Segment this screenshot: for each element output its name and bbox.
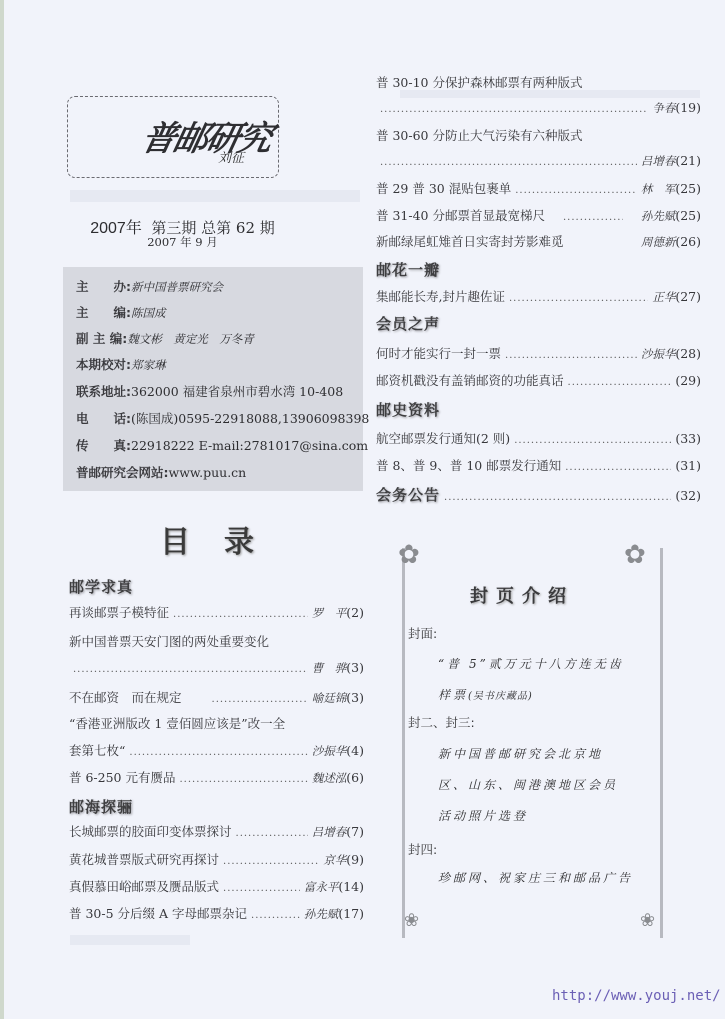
masthead-title: 普邮研究 bbox=[138, 111, 276, 160]
toc-entry[interactable]: 邮资机戳没有盖销邮资的功能真话(29) bbox=[376, 371, 701, 389]
section-heading: 邮学求真 bbox=[69, 576, 133, 597]
toc-entry-continuation[interactable]: 吕增春(21) bbox=[376, 153, 701, 169]
toc-entry[interactable]: 普 30-5 分后缀 A 字母邮票杂记孙先赋(17) bbox=[69, 904, 364, 922]
toc-entry-continuation[interactable]: 曹 骅(3) bbox=[69, 660, 364, 676]
leader-dots bbox=[515, 185, 637, 196]
info-row-proofreader: 本期校对:郑家琳 bbox=[76, 355, 166, 373]
flower-ornament-icon: ✿ bbox=[398, 540, 420, 570]
flower-ornament-icon: ✿ bbox=[624, 540, 646, 570]
toc-title: 目录 bbox=[160, 517, 288, 561]
cover-front-text: “普 5”贰万元十八方连无齿 bbox=[438, 655, 624, 672]
toc-entry[interactable]: 真假慕田峪邮票及赝品版式富永平(14) bbox=[69, 877, 364, 895]
toc-entry[interactable]: 航空邮票发行通知(2 则)(33) bbox=[376, 429, 701, 447]
toc-entry[interactable]: 再谈邮票子模特征罗 平(2) bbox=[69, 603, 364, 621]
bleed-through bbox=[70, 190, 360, 202]
watermark-url[interactable]: http://www.youj.net/ bbox=[552, 988, 721, 1004]
toc-entry-announcements[interactable]: 会务公告(32) bbox=[376, 484, 701, 505]
leader-dots bbox=[568, 377, 672, 388]
leader-dots bbox=[129, 747, 307, 758]
leader-dots bbox=[179, 774, 307, 785]
leader-dots bbox=[380, 104, 648, 115]
leader-dots bbox=[236, 828, 308, 839]
toc-entry[interactable]: 黄花城普票版式研究再探讨京华(9) bbox=[69, 850, 364, 868]
toc-entry-title-line[interactable]: 新中国普票天安门图的两处重要变化 bbox=[69, 632, 364, 650]
leader-dots bbox=[73, 664, 308, 675]
leader-dots bbox=[444, 492, 671, 503]
toc-entry[interactable]: 普 31-40 分邮票首显最宽梯尺孙先赋(25) bbox=[376, 206, 701, 224]
toc-entry[interactable]: 集邮能长寿,封片趣佐证正华(27) bbox=[376, 287, 701, 305]
leader-dots bbox=[223, 856, 319, 867]
toc-entry-title-line[interactable]: 普 30-60 分防止大气污染有六种版式 bbox=[376, 126, 701, 144]
toc-entry-continuation[interactable]: 争春(19) bbox=[376, 100, 701, 116]
toc-entry-title-line[interactable]: 普 30-10 分保护森林邮票有两种版式 bbox=[376, 73, 701, 91]
toc-entry-continuation[interactable]: 套第七枚“沙振华(4) bbox=[69, 741, 364, 759]
issue-date: 2007 年 9 月 bbox=[0, 234, 365, 250]
bleed-through bbox=[70, 935, 190, 945]
info-row-phone: 电 话:(陈国成)0595-22918088,13906098398 bbox=[76, 409, 369, 427]
leader-dots bbox=[212, 694, 308, 705]
toc-entry-title-line[interactable]: “香港亚洲版改 1 壹佰圆应该是”改一全 bbox=[69, 714, 364, 732]
info-row-sponsor: 主 办:新中国普票研究会 bbox=[76, 277, 223, 295]
flower-ornament-icon: ❀ bbox=[640, 910, 655, 931]
cover-intro-title: 封页介绍 bbox=[470, 582, 574, 608]
flower-ornament-icon: ❀ bbox=[404, 910, 419, 931]
cover-inner-text-3: 活动照片选登 bbox=[438, 807, 528, 824]
page-edge bbox=[0, 0, 4, 1019]
leader-dots bbox=[514, 435, 671, 446]
cover-front-label: 封面: bbox=[408, 624, 437, 642]
toc-entry[interactable]: 不在邮资 而在规定喻廷锦(3) bbox=[69, 688, 364, 706]
leader-dots bbox=[565, 462, 671, 473]
section-heading: 邮花一瓣 bbox=[376, 259, 440, 280]
toc-entry[interactable]: 普 8、普 9、普 10 邮票发行通知(31) bbox=[376, 456, 701, 474]
leader-dots bbox=[563, 212, 623, 223]
toc-entry[interactable]: 普 29 普 30 混贴包裹单林 军(25) bbox=[376, 179, 701, 197]
section-heading: 邮史资料 bbox=[376, 399, 440, 420]
info-row-address: 联系地址:362000 福建省泉州市碧水湾 10-408 bbox=[76, 382, 343, 400]
cover-front-text-2: 样票(吴书庆藏品) bbox=[438, 686, 533, 703]
leader-dots bbox=[509, 293, 648, 304]
section-heading: 会员之声 bbox=[376, 313, 440, 334]
cover-inner-text: 新中国普邮研究会北京地 bbox=[438, 745, 603, 762]
info-row-fax-email: 传 真:22918222 E-mail:2781017@sina.com bbox=[76, 436, 368, 454]
masthead-signature: 刘征 bbox=[218, 147, 244, 166]
toc-entry[interactable]: 新邮绿尾虹雉首日实寄封芳影难觅周德新(26) bbox=[376, 232, 701, 250]
cover-frame-right bbox=[660, 548, 663, 938]
info-row-website: 普邮研究会网站:www.puu.cn bbox=[76, 463, 246, 481]
toc-entry[interactable]: 长城邮票的胶面印变体票探讨吕增春(7) bbox=[69, 822, 364, 840]
cover-frame-left bbox=[402, 548, 405, 938]
toc-entry[interactable]: 普 6-250 元有赝品魏述泓(6) bbox=[69, 768, 364, 786]
leader-dots bbox=[380, 157, 637, 168]
info-row-deputy-editors: 副 主 编:魏文彬 黄定光 万冬青 bbox=[76, 329, 254, 347]
section-heading: 邮海探骊 bbox=[69, 796, 133, 817]
cover-back-text: 珍邮网、祝家庄三和邮品广告 bbox=[438, 869, 633, 886]
leader-dots bbox=[173, 609, 308, 620]
editorial-info-box: 主 办:新中国普票研究会 主 编:陈国成 副 主 编:魏文彬 黄定光 万冬青 本… bbox=[63, 267, 363, 491]
leader-dots bbox=[223, 883, 300, 894]
leader-dots bbox=[505, 350, 637, 361]
bleed-through bbox=[400, 90, 700, 98]
cover-back-label: 封四: bbox=[408, 840, 437, 858]
toc-entry[interactable]: 何时才能实行一封一票沙振华(28) bbox=[376, 344, 701, 362]
cover-inner-text-2: 区、山东、闽港澳地区会员 bbox=[438, 776, 618, 793]
cover-inner-label: 封二、封三: bbox=[408, 713, 475, 731]
masthead-frame: 普邮研究 刘征 bbox=[67, 96, 279, 178]
info-row-editor: 主 编:陈国成 bbox=[76, 303, 166, 321]
website-link[interactable]: www.puu.cn bbox=[169, 465, 247, 480]
leader-dots bbox=[251, 910, 300, 921]
